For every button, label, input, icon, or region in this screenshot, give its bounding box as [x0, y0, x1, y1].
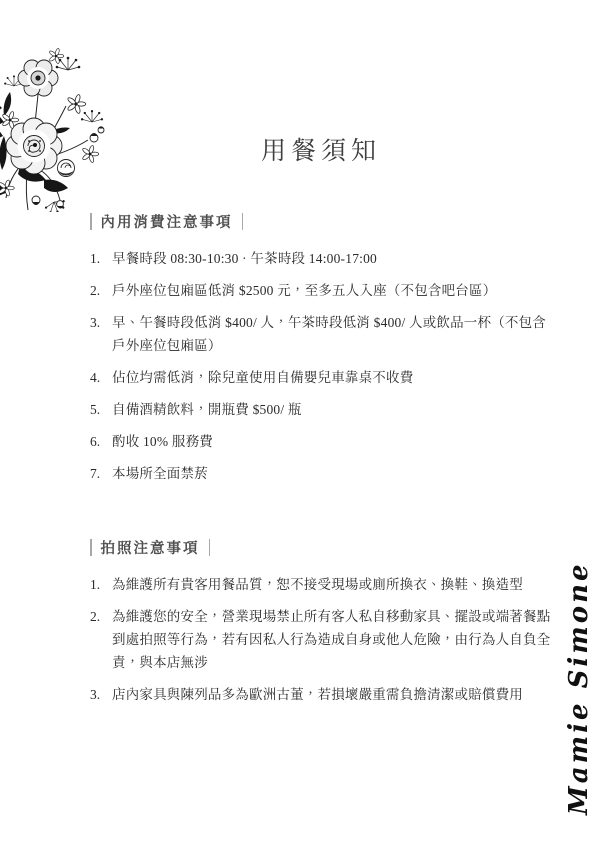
- item-number: 3.: [90, 311, 112, 357]
- item-text: 自備酒精飲料，開瓶費 $500/ 瓶: [112, 398, 552, 421]
- notice-item: 3.店內家具與陳列品多為歐洲古董，若損壞嚴重需負擔清潔或賠償費用: [90, 683, 552, 706]
- section-heading-text: 拍照注意事項: [101, 537, 200, 558]
- notice-item: 2.戶外座位包廂區低消 $2500 元，至多五人入座（不包含吧台區）: [90, 279, 552, 302]
- item-number: 2.: [90, 279, 112, 302]
- item-text: 店內家具與陳列品多為歐洲古董，若損壞嚴重需負擔清潔或賠償費用: [112, 683, 552, 706]
- section-heading: 拍照注意事項: [90, 537, 552, 558]
- item-number: 1.: [90, 573, 112, 596]
- notice-item: 6.酌收 10% 服務費: [90, 430, 552, 453]
- item-number: 4.: [90, 366, 112, 389]
- heading-bar-icon: [90, 213, 92, 230]
- heading-bar-icon: [209, 539, 211, 556]
- notice-item: 2.為維護您的安全，營業現場禁止所有客人私自移動家具、擺設或端著餐點到處拍照等行…: [90, 605, 552, 674]
- item-text: 早、午餐時段低消 $400/ 人，午茶時段低消 $400/ 人或飲品一杯（不包含…: [112, 311, 552, 357]
- notice-item: 4.佔位均需低消，除兒童使用自備嬰兒車靠桌不收費: [90, 366, 552, 389]
- item-number: 5.: [90, 398, 112, 421]
- heading-bar-icon: [242, 213, 244, 230]
- item-text: 佔位均需低消，除兒童使用自備嬰兒車靠桌不收費: [112, 366, 552, 389]
- notice-item: 1.早餐時段 08:30-10:30 · 午茶時段 14:00-17:00: [90, 247, 552, 270]
- item-number: 1.: [90, 247, 112, 270]
- item-text: 為維護您的安全，營業現場禁止所有客人私自移動家具、擺設或端著餐點到處拍照等行為，…: [112, 605, 552, 674]
- notice-item: 3.早、午餐時段低消 $400/ 人，午茶時段低消 $400/ 人或飲品一杯（不…: [90, 311, 552, 357]
- section-photo-rules: 拍照注意事項 1.為維護所有貴客用餐品質，恕不接受現場或廁所換衣、換鞋、換造型2…: [90, 537, 552, 706]
- photo-rules-list: 1.為維護所有貴客用餐品質，恕不接受現場或廁所換衣、換鞋、換造型2.為維護您的安…: [90, 573, 552, 706]
- item-number: 2.: [90, 605, 112, 674]
- floral-illustration: [0, 42, 109, 212]
- notice-item: 7.本場所全面禁菸: [90, 462, 552, 485]
- dine-in-rules-list: 1.早餐時段 08:30-10:30 · 午茶時段 14:00-17:002.戶…: [90, 247, 552, 485]
- item-text: 本場所全面禁菸: [112, 462, 552, 485]
- item-text: 早餐時段 08:30-10:30 · 午茶時段 14:00-17:00: [112, 247, 552, 270]
- section-dine-in-rules: 內用消費注意事項 1.早餐時段 08:30-10:30 · 午茶時段 14:00…: [90, 211, 552, 485]
- notice-item: 1.為維護所有貴客用餐品質，恕不接受現場或廁所換衣、換鞋、換造型: [90, 573, 552, 596]
- heading-bar-icon: [90, 539, 92, 556]
- section-heading-text: 內用消費注意事項: [101, 211, 233, 232]
- section-heading: 內用消費注意事項: [90, 211, 552, 232]
- item-number: 6.: [90, 430, 112, 453]
- notice-content: 內用消費注意事項 1.早餐時段 08:30-10:30 · 午茶時段 14:00…: [0, 211, 600, 706]
- item-text: 為維護所有貴客用餐品質，恕不接受現場或廁所換衣、換鞋、換造型: [112, 573, 552, 596]
- item-text: 戶外座位包廂區低消 $2500 元，至多五人入座（不包含吧台區）: [112, 279, 552, 302]
- item-number: 3.: [90, 683, 112, 706]
- item-text: 酌收 10% 服務費: [112, 430, 552, 453]
- brand-signature: Mamie Simone: [564, 563, 594, 815]
- notice-page: 用餐須知 內用消費注意事項 1.早餐時段 08:30-10:30 · 午茶時段 …: [0, 0, 600, 850]
- notice-item: 5.自備酒精飲料，開瓶費 $500/ 瓶: [90, 398, 552, 421]
- item-number: 7.: [90, 462, 112, 485]
